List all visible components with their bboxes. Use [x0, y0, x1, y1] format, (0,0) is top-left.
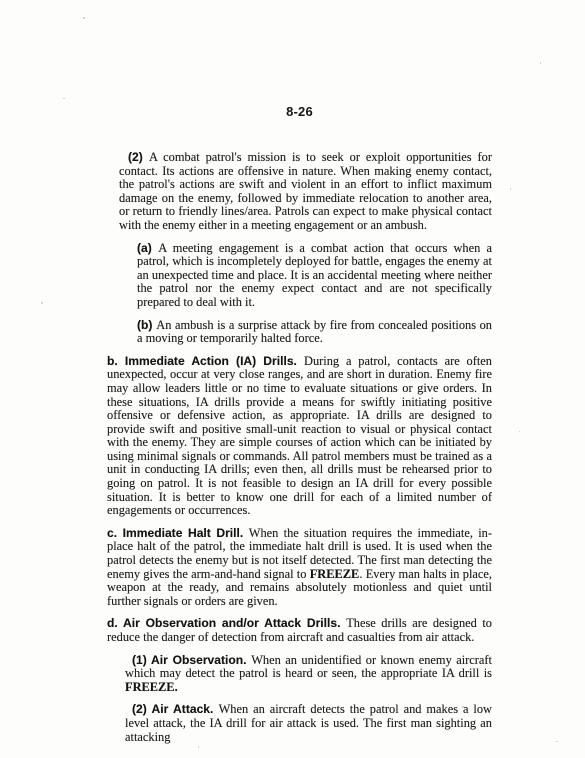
paragraph-label: c. Immediate Halt Drill. [107, 526, 249, 540]
scan-speck [519, 431, 520, 432]
page-number: 8-26 [107, 104, 492, 119]
paragraph: (a) A meeting engagement is a combat act… [137, 242, 492, 310]
paragraph-label: (1) Air Observation. [132, 653, 251, 667]
paragraph-label: (2) Air Attack. [132, 702, 219, 716]
paragraph: b. Immediate Action (IA) Drills. During … [107, 355, 492, 518]
paragraph: (1) Air Observation. When an unidentifie… [125, 654, 492, 695]
scan-speck [198, 746, 199, 748]
paragraph-label: (b) [137, 318, 156, 332]
scan-speck [510, 188, 511, 190]
paragraph: (b) An ambush is a surprise attack by fi… [137, 319, 492, 346]
paragraph-text: A meeting engagement is a combat action … [137, 241, 492, 309]
paragraph-text: FREEZE [310, 567, 360, 581]
paragraph-label: (2) [128, 150, 149, 164]
scan-speck [540, 62, 541, 64]
paragraph-label: d. Air Observation and/or Attack Drills. [107, 616, 346, 630]
paragraph-text: FREEZE. [125, 680, 178, 694]
scan-speck [462, 706, 464, 708]
paragraph: (2) A combat patrol's mission is to seek… [119, 151, 492, 233]
paragraph-text: During a patrol, contacts are often unex… [107, 354, 492, 518]
paragraph: (2) Air Attack. When an aircraft detects… [125, 703, 492, 744]
scan-speck [41, 302, 43, 304]
paragraph-text: An ambush is a surprise attack by fire f… [137, 318, 492, 346]
paragraph-label: (a) [137, 241, 158, 255]
paragraph-text: A combat patrol's mission is to seek or … [119, 150, 492, 232]
paragraph-label: b. Immediate Action (IA) Drills. [107, 354, 304, 368]
scan-speck [83, 17, 85, 19]
scanned-manual-page: 8-26 (2) A combat patrol's mission is to… [0, 0, 585, 758]
scan-speck [63, 98, 65, 99]
paragraph: c. Immediate Halt Drill. When the situat… [107, 527, 492, 609]
document-body: (2) A combat patrol's mission is to seek… [107, 151, 492, 753]
scan-speck [556, 741, 558, 742]
paragraph: d. Air Observation and/or Attack Drills.… [107, 617, 492, 644]
